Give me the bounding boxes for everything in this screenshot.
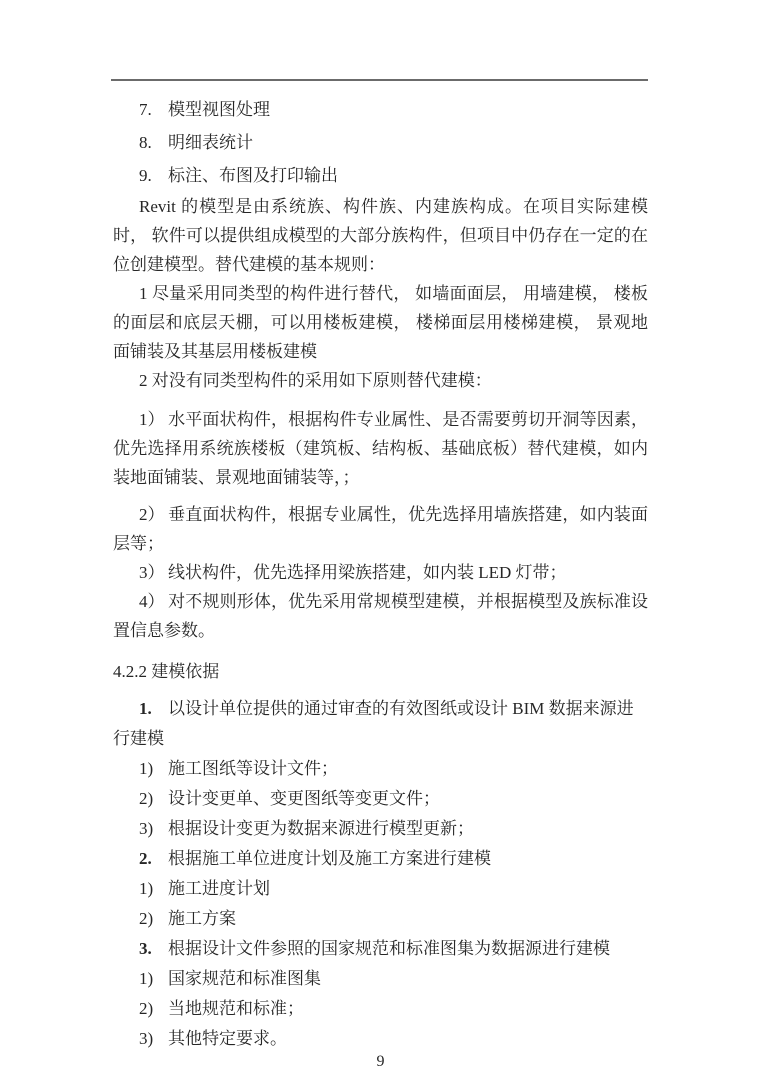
modeling-basis-list: 1.以设计单位提供的通过审查的有效图纸或设计 BIM 数据来源进行建模 1)施工… — [113, 694, 648, 1054]
section-heading: 4.2.2 建模依据 — [113, 657, 648, 686]
list-item-text: 水平面状构件，根据构件专业属性、是否需要剪切开洞等因素，优先选择用系统族楼板（建… — [113, 410, 648, 487]
basis-item: 2.根据施工单位进度计划及施工方案进行建模 — [113, 844, 648, 874]
list-item-text: 标注、布图及打印输出 — [168, 166, 338, 185]
basis-item: 1)国家规范和标准图集 — [113, 964, 648, 994]
intro-list: 7.模型视图处理 8.明细表统计 9.标注、布图及打印输出 — [113, 93, 648, 192]
list-item-number: 1) — [139, 754, 168, 784]
paragraph-rule-2: 2 对没有同类型构件的采用如下原则替代建模： — [113, 366, 648, 395]
list-item-number: 8. — [139, 126, 168, 159]
list-item-text: 明细表统计 — [168, 133, 253, 152]
basis-item: 2)施工方案 — [113, 904, 648, 934]
list-item-number: 3） — [139, 558, 168, 587]
list-item-number: 4） — [139, 587, 168, 616]
list-item-number: 1） — [139, 405, 168, 434]
page-footer: 9 — [113, 1052, 648, 1072]
list-item-number: 2) — [139, 784, 168, 814]
basis-item: 1)施工图纸等设计文件； — [113, 754, 648, 784]
page-number: 9 — [377, 1053, 385, 1070]
list-item-text: 以设计单位提供的通过审查的有效图纸或设计 BIM 数据来源进行建模 — [113, 699, 634, 748]
header-rule — [111, 79, 648, 81]
list-item-number: 3) — [139, 814, 168, 844]
list-item-text: 当地规范和标准； — [168, 999, 304, 1018]
list-item-number: 1) — [139, 874, 168, 904]
list-item-number: 3. — [139, 934, 168, 964]
substitution-rules-list: 1）水平面状构件，根据构件专业属性、是否需要剪切开洞等因素，优先选择用系统族楼板… — [113, 405, 648, 645]
basis-item: 3.根据设计文件参照的国家规范和标准图集为数据源进行建模 — [113, 934, 648, 964]
page-content: 7.模型视图处理 8.明细表统计 9.标注、布图及打印输出 Revit 的模型是… — [113, 88, 648, 1072]
list-item-text: 垂直面状构件，根据专业属性，优先选择用墙族搭建，如内装面层等； — [113, 505, 648, 553]
list-item-number: 1) — [139, 964, 168, 994]
basis-item: 3)根据设计变更为数据来源进行模型更新； — [113, 814, 648, 844]
list-item-text: 施工图纸等设计文件； — [168, 759, 338, 778]
basis-item: 2)当地规范和标准； — [113, 994, 648, 1024]
list-item-text: 对不规则形体，优先采用常规模型建模，并根据模型及族标准设置信息参数。 — [113, 592, 648, 640]
list-item-text: 模型视图处理 — [168, 100, 270, 119]
list-item: 9.标注、布图及打印输出 — [113, 159, 648, 192]
list-item-number: 7. — [139, 93, 168, 126]
list-item-number: 3) — [139, 1024, 168, 1054]
document-page: 7.模型视图处理 8.明细表统计 9.标注、布图及打印输出 Revit 的模型是… — [0, 0, 760, 1075]
paragraph-revit-intro: Revit 的模型是由系统族、构件族、内建族构成。在项目实际建模时， 软件可以提… — [113, 192, 648, 279]
substitution-rule-item: 1）水平面状构件，根据构件专业属性、是否需要剪切开洞等因素，优先选择用系统族楼板… — [113, 405, 648, 492]
list-item-number: 2. — [139, 844, 168, 874]
basis-item: 3)其他特定要求。 — [113, 1024, 648, 1054]
list-item-text: 根据施工单位进度计划及施工方案进行建模 — [168, 849, 491, 868]
paragraph-rule-1: 1 尽量采用同类型的构件进行替代， 如墙面面层， 用墙建模， 楼板的面层和底层天… — [113, 279, 648, 366]
list-item-text: 施工进度计划 — [168, 879, 270, 898]
list-item-text: 根据设计文件参照的国家规范和标准图集为数据源进行建模 — [168, 939, 610, 958]
list-item-number: 2) — [139, 904, 168, 934]
substitution-rule-item: 2）垂直面状构件，根据专业属性，优先选择用墙族搭建，如内装面层等； — [113, 500, 648, 558]
list-item-number: 9. — [139, 159, 168, 192]
basis-item: 2)设计变更单、变更图纸等变更文件； — [113, 784, 648, 814]
substitution-rule-item: 3）线状构件，优先选择用梁族搭建，如内装 LED 灯带； — [113, 558, 648, 587]
list-item-text: 其他特定要求。 — [168, 1029, 287, 1048]
list-item-number: 2) — [139, 994, 168, 1024]
list-item-text: 根据设计变更为数据来源进行模型更新； — [168, 819, 474, 838]
list-item-text: 线状构件，优先选择用梁族搭建，如内装 LED 灯带； — [168, 563, 567, 582]
list-item: 7.模型视图处理 — [113, 93, 648, 126]
substitution-rule-item: 4）对不规则形体，优先采用常规模型建模，并根据模型及族标准设置信息参数。 — [113, 587, 648, 645]
list-item-text: 设计变更单、变更图纸等变更文件； — [168, 789, 440, 808]
list-item-text: 国家规范和标准图集 — [168, 969, 321, 988]
basis-item: 1)施工进度计划 — [113, 874, 648, 904]
basis-item: 1.以设计单位提供的通过审查的有效图纸或设计 BIM 数据来源进行建模 — [113, 694, 648, 754]
list-item-number: 1. — [139, 694, 168, 724]
list-item: 8.明细表统计 — [113, 126, 648, 159]
list-item-number: 2） — [139, 500, 168, 529]
list-item-text: 施工方案 — [168, 909, 236, 928]
